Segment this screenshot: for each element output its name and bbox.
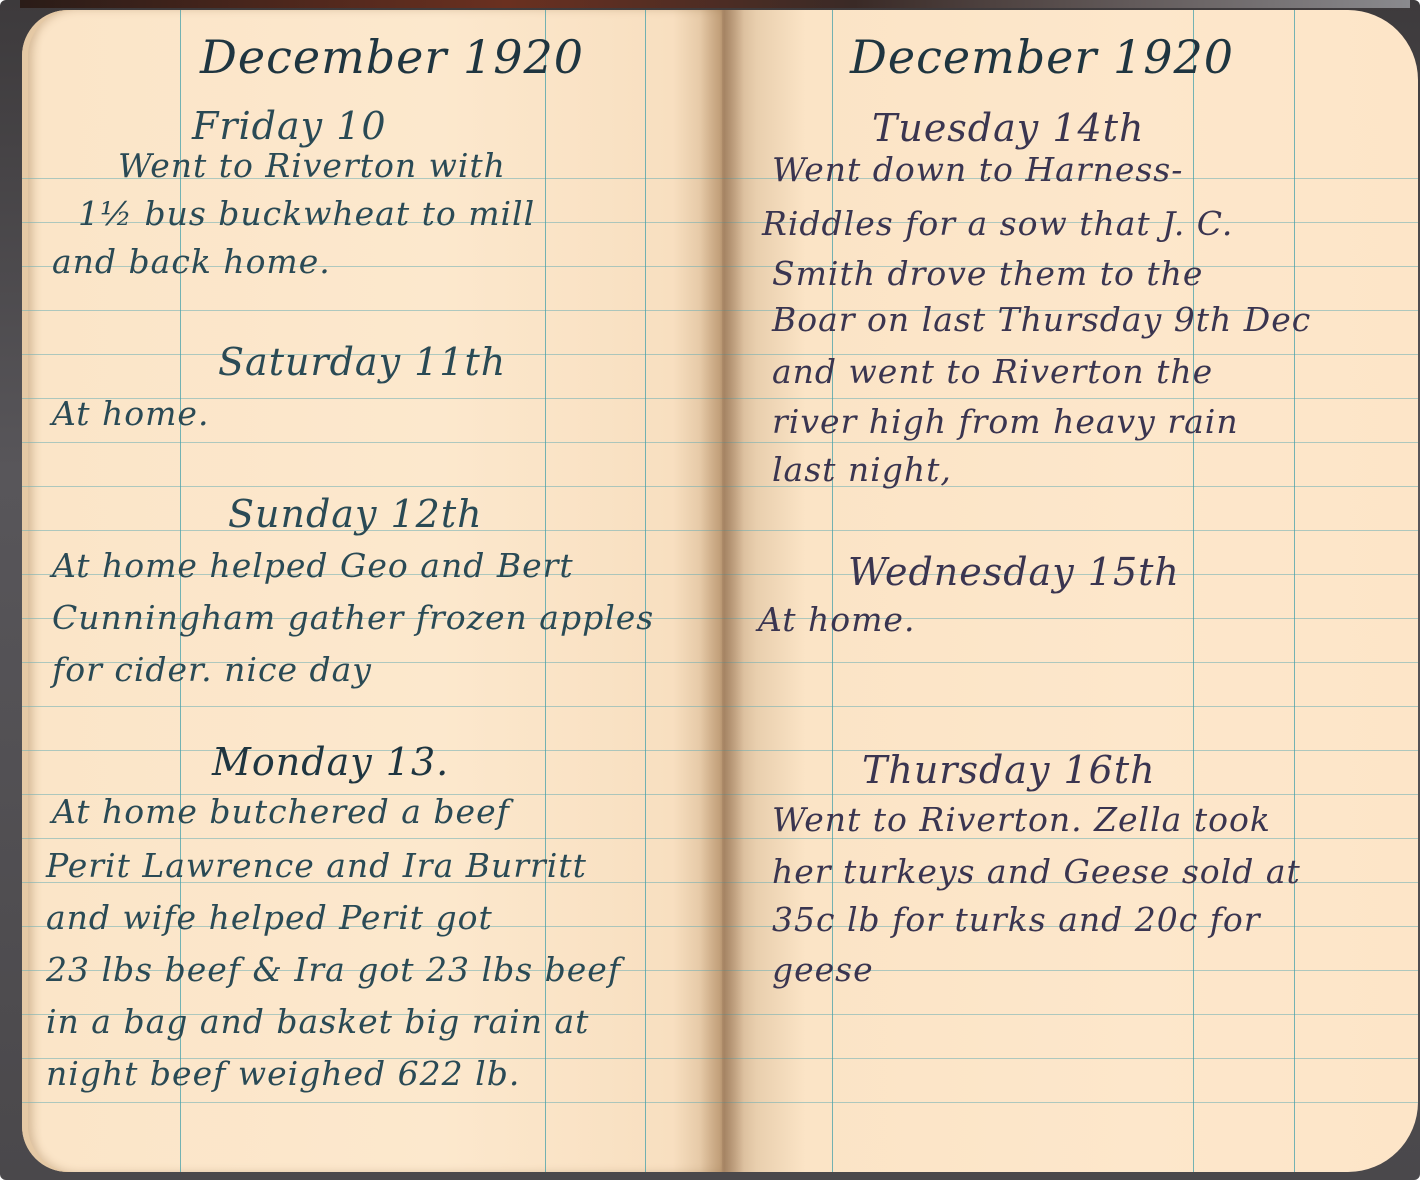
entry-line: night beef weighed 622 lb. — [46, 1054, 520, 1093]
day-heading: Wednesday 15th — [848, 550, 1180, 594]
left-page: December 1920 Friday 10 Went to Riverton… — [22, 10, 722, 1172]
rule-line — [22, 706, 722, 707]
rule-line — [22, 1102, 722, 1103]
rule-line — [22, 838, 722, 839]
month-heading: December 1920 — [850, 30, 1234, 84]
entry-line: 1½ bus buckwheat to mill — [78, 194, 535, 233]
rule-line — [722, 794, 1418, 795]
entry-line: in a bag and basket big rain at — [46, 1002, 589, 1041]
column-line — [1294, 10, 1295, 1172]
day-heading: Saturday 11th — [218, 340, 506, 384]
rule-line — [722, 1102, 1418, 1103]
entry-line: Riddles for a sow that J. C. — [762, 204, 1233, 243]
day-heading: Thursday 16th — [862, 748, 1156, 792]
entry-line: Went to Riverton. Zella took — [772, 800, 1271, 839]
rule-line — [722, 442, 1418, 443]
month-heading: December 1920 — [200, 30, 584, 84]
entry-line: Went to Riverton with — [118, 146, 506, 185]
entry-line: At home. — [52, 394, 209, 433]
day-heading: Sunday 12th — [228, 492, 483, 536]
rule-line — [722, 1014, 1418, 1015]
rule-line — [722, 662, 1418, 663]
rule-line — [22, 310, 722, 311]
rule-line — [722, 1058, 1418, 1059]
diary-photo: December 1920 Friday 10 Went to Riverton… — [0, 0, 1426, 1191]
entry-line: and back home. — [52, 242, 331, 281]
entry-line: and went to Riverton the — [772, 352, 1213, 391]
book-spine-edge — [20, 0, 1410, 8]
entry-line: Smith drove them to the — [772, 254, 1203, 293]
entry-line: 23 lbs beef & Ira got 23 lbs beef — [46, 950, 621, 989]
entry-line: her turkeys and Geese sold at — [772, 852, 1301, 891]
entry-line: At home helped Geo and Bert — [52, 546, 574, 585]
entry-line: Boar on last Thursday 9th Dec — [772, 300, 1311, 339]
day-heading: Monday 13. — [212, 740, 449, 784]
entry-line: for cider. nice day — [52, 650, 372, 689]
column-line — [1193, 10, 1194, 1172]
entry-line: Went down to Harness- — [772, 150, 1183, 189]
entry-line: geese — [772, 950, 874, 989]
entry-line: river high from heavy rain — [772, 402, 1239, 441]
column-line — [645, 10, 646, 1172]
column-line — [545, 10, 546, 1172]
rule-line — [722, 530, 1418, 531]
entry-line: 35c lb for turks and 20c for — [772, 900, 1261, 939]
day-heading: Friday 10 — [192, 104, 387, 148]
entry-line: and wife helped Perit got — [46, 898, 493, 937]
entry-line: At home butchered a beef — [52, 792, 510, 831]
rule-line — [22, 486, 722, 487]
entry-line: Cunningham gather frozen apples — [52, 598, 654, 637]
rule-line — [722, 706, 1418, 707]
right-page: December 1920 Tuesday 14th Went down to … — [722, 10, 1418, 1172]
entry-line: Perit Lawrence and Ira Burritt — [46, 846, 587, 885]
rule-line — [722, 398, 1418, 399]
day-heading: Tuesday 14th — [872, 106, 1144, 150]
rule-line — [22, 442, 722, 443]
entry-line: last night, — [772, 450, 952, 489]
entry-line: At home. — [758, 600, 915, 639]
